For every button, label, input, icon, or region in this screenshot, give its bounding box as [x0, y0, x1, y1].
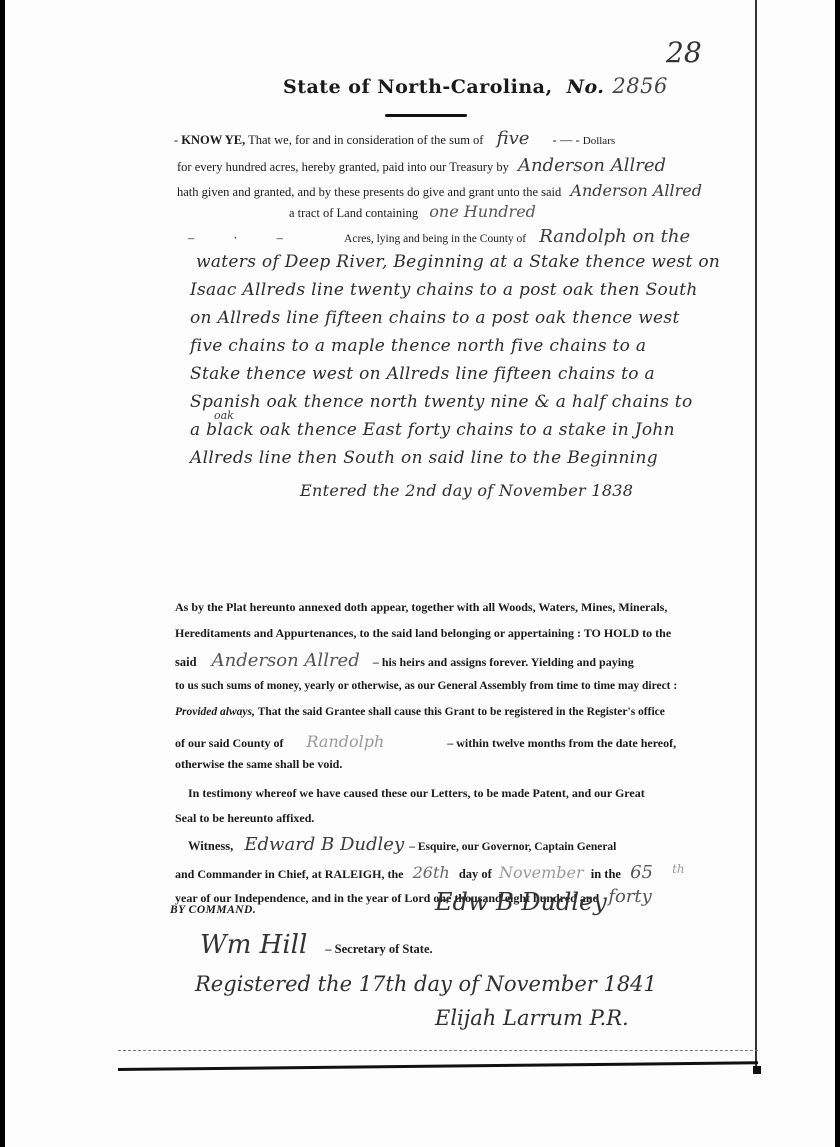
preamble-line-1: - KNOW YE, That we, for and in considera… — [174, 128, 615, 149]
heirs-text: – his heirs and assigns forever. Yieldin… — [373, 655, 634, 669]
day-of-label: day of — [459, 867, 492, 881]
payer-name: Anderson Allred — [518, 155, 666, 176]
document-title: State of North-Carolina,No.2856 — [283, 74, 668, 98]
register-county-line: of our said County of Randolph – within … — [175, 732, 676, 751]
grant-number: 2856 — [612, 74, 667, 98]
holder-name: Anderson Allred — [212, 650, 360, 671]
preamble-text-2: for every hundred acres, hereby granted,… — [177, 160, 509, 174]
scan-edge-right — [835, 0, 840, 1147]
line5-dashes: – · – — [188, 231, 301, 245]
testimony-line-1: In testimony whereof we have caused thes… — [188, 786, 645, 801]
governor-name: Edward B Dudley — [244, 834, 404, 855]
entered-note: Entered the 2nd day of November 1838 — [300, 481, 633, 500]
preamble-text-5: Acres, lying and being in the County of — [344, 233, 526, 245]
preamble-text-3: hath given and granted, and by these pre… — [177, 185, 561, 199]
survey-line-1: waters of Deep River, Beginning at a Sta… — [196, 252, 720, 272]
secretary-line: Wm Hill – Secretary of State. — [200, 930, 433, 960]
preamble-line-4: a tract of Land containing one Hundred — [289, 202, 536, 221]
title-ornament — [385, 114, 467, 117]
page-number: 28 — [666, 36, 702, 69]
preamble-line-3: hath given and granted, and by these pre… — [177, 181, 702, 200]
governor-signature: Edw B Dudley — [435, 888, 607, 916]
commander-prefix: and Commander in Chief, at RALEIGH, the — [175, 867, 403, 881]
title-no-label: No. — [567, 76, 605, 98]
know-ye-label: KNOW YE, — [181, 133, 245, 147]
page-border-right — [755, 0, 757, 1072]
survey-line-3: on Allreds line fifteen chains to a post… — [190, 308, 680, 328]
void-line: otherwise the same shall be void. — [175, 757, 342, 772]
provided-text: That the said Grantee shall cause this G… — [258, 706, 665, 718]
plat-line-2: Hereditaments and Appurtenances, to the … — [175, 626, 671, 641]
survey-line-4: five chains to a maple thence north five… — [190, 336, 646, 356]
secretary-label: – Secretary of State. — [325, 942, 432, 956]
provided-line: Provided always, That the said Grantee s… — [175, 706, 665, 718]
provided-label: Provided always, — [175, 706, 255, 718]
holder-line: said Anderson Allred – his heirs and ass… — [175, 650, 634, 671]
dollars-label: Dollars — [583, 135, 615, 147]
witness-suffix: – Esquire, our Governor, Captain General — [409, 841, 616, 853]
title-text: State of North-Carolina, — [283, 76, 553, 98]
register-signature: Elijah Larrum P.R. — [435, 1006, 629, 1030]
independence-suffix: th — [672, 862, 685, 876]
witness-line: Witness, Edward B Dudley – Esquire, our … — [188, 834, 616, 855]
county-line-prefix: of our said County of — [175, 736, 283, 750]
commander-line: and Commander in Chief, at RALEIGH, the … — [175, 862, 685, 883]
county-handwritten: Randolph on the — [539, 226, 690, 247]
acreage-handwritten: one Hundred — [429, 202, 536, 221]
sum-dashes: - — - — [553, 133, 580, 147]
registered-note: Registered the 17th day of November 1841 — [195, 972, 657, 996]
survey-line-7: a black oak thence East forty chains to … — [190, 420, 675, 440]
money-line: to us such sums of money, yearly or othe… — [175, 680, 677, 692]
sum-handwritten: five — [497, 128, 530, 149]
survey-line-6: Spanish oak thence north twenty nine & a… — [190, 392, 692, 412]
scan-edge-left — [0, 0, 5, 1147]
bottom-dashed-rule — [118, 1050, 758, 1051]
preamble-text-1: That we, for and in consideration of the… — [248, 133, 483, 147]
said-label: said — [175, 655, 197, 669]
month-handwritten: November — [499, 863, 584, 882]
day-handwritten: 26th — [413, 863, 450, 882]
plat-line-1: As by the Plat hereunto annexed doth app… — [175, 600, 667, 615]
register-county: Randolph — [306, 732, 384, 751]
preamble-text-4: a tract of Land containing — [289, 206, 418, 220]
preamble-line-5: – · – Acres, lying and being in the Coun… — [188, 226, 690, 247]
bottom-rule — [118, 1061, 758, 1071]
grantee-name: Anderson Allred — [570, 181, 702, 200]
survey-line-5: Stake thence west on Allreds line fiftee… — [190, 364, 655, 384]
independence-year: 65 — [630, 862, 653, 883]
in-the-label: in the — [591, 867, 621, 881]
survey-line-8: Allreds line then South on said line to … — [190, 448, 658, 468]
preamble-line-2: for every hundred acres, hereby granted,… — [177, 155, 666, 176]
survey-line-2: Isaac Allreds line twenty chains to a po… — [190, 280, 698, 300]
secretary-signature: Wm Hill — [200, 930, 307, 960]
year-handwritten: forty — [608, 886, 652, 907]
by-command-label: BY COMMAND. — [170, 904, 256, 916]
witness-label: Witness, — [188, 839, 233, 853]
testimony-line-2: Seal to be hereunto affixed. — [175, 811, 314, 826]
page-border-corner — [753, 1066, 761, 1074]
county-line-suffix: – within twelve months from the date her… — [447, 736, 676, 750]
